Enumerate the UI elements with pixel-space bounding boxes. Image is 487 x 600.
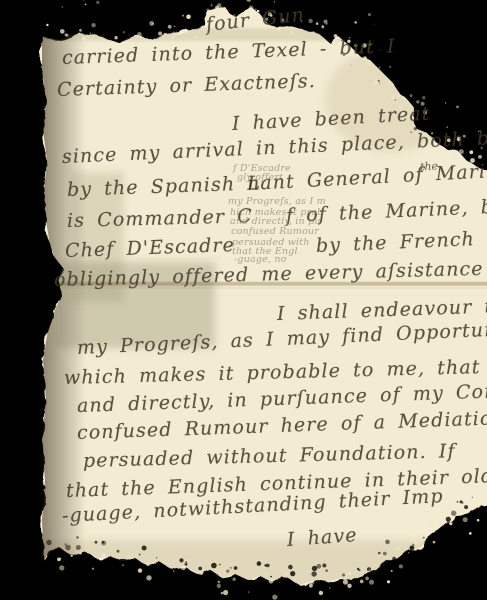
bleedthrough-line: gly offert (237, 172, 283, 183)
bleedthrough-line: my Progreſs, as I m (228, 196, 326, 207)
letter-photograph: four Gun carried into the Texel - but I … (0, 0, 487, 600)
inserted-word-the: the (420, 160, 439, 174)
bottom-edge-shading (40, 540, 487, 592)
bleedthrough-line: confused Rumour (231, 226, 319, 237)
bleedthrough-line: -guage, no (234, 254, 287, 265)
